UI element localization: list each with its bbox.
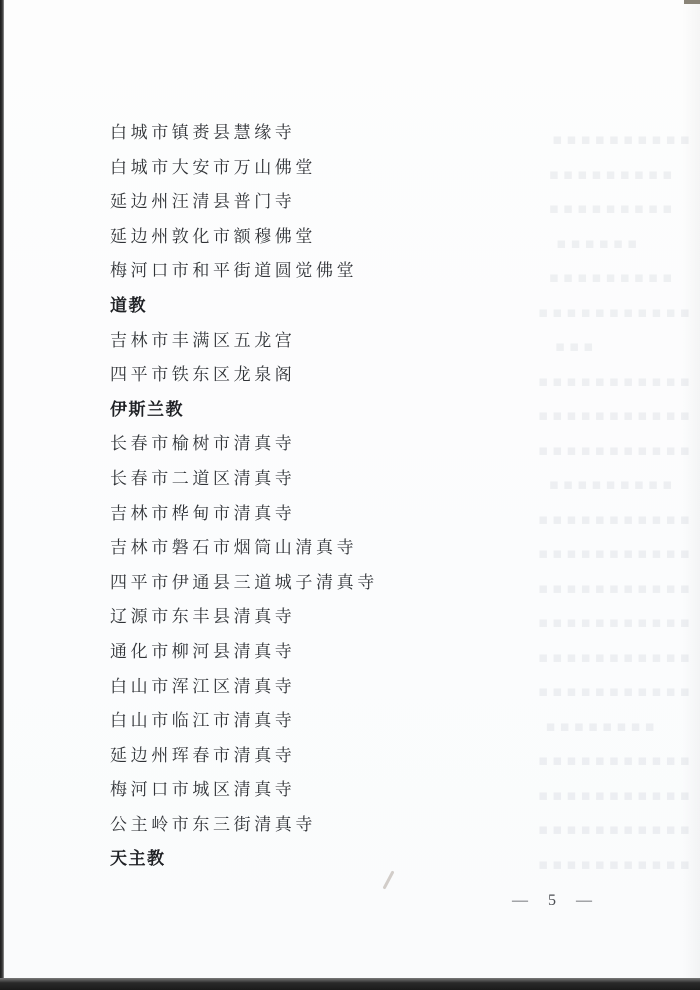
- section-heading-catholicism: 天主教: [110, 842, 590, 877]
- list-item: 四平市伊通县三道城子清真寺: [110, 566, 590, 601]
- list-item: 延边州敦化市额穆佛堂: [110, 220, 590, 255]
- scan-top-corner: [684, 0, 700, 4]
- scan-right-shadow: [682, 0, 700, 990]
- list-item: 延边州珲春市清真寺: [110, 739, 590, 774]
- list-item: 吉林市丰满区五龙宫: [110, 324, 590, 359]
- list-item: 长春市二道区清真寺: [110, 462, 590, 497]
- scanned-page: ▪▪▪▪▪▪▪▪▪▪ ▪▪▪▪▪▪▪▪▪ ▪▪▪▪▪▪▪▪▪ ▪▪▪▪▪▪ ▪▪…: [0, 0, 700, 990]
- list-item: 吉林市桦甸市清真寺: [110, 497, 590, 532]
- section-heading-taoism: 道教: [110, 289, 590, 324]
- page-number: — 5 —: [512, 892, 600, 910]
- list-item: 白城市镇赉县慧缘寺: [110, 116, 590, 151]
- list-item: 四平市铁东区龙泉阁: [110, 358, 590, 393]
- scan-bottom-edge: [0, 978, 700, 990]
- list-item: 延边州汪清县普门寺: [110, 185, 590, 220]
- list-item: 白城市大安市万山佛堂: [110, 151, 590, 186]
- list-item: 梅河口市和平街道圆觉佛堂: [110, 254, 590, 289]
- list-item: 吉林市磐石市烟筒山清真寺: [110, 531, 590, 566]
- list-item: 公主岭市东三街清真寺: [110, 808, 590, 843]
- list-item: 白山市浑江区清真寺: [110, 670, 590, 705]
- scan-left-edge: [0, 0, 4, 990]
- list-item: 梅河口市城区清真寺: [110, 773, 590, 808]
- list-item: 白山市临江市清真寺: [110, 704, 590, 739]
- section-heading-islam: 伊斯兰教: [110, 393, 590, 428]
- list-item: 通化市柳河县清真寺: [110, 635, 590, 670]
- list-item: 长春市榆树市清真寺: [110, 427, 590, 462]
- list-item: 辽源市东丰县清真寺: [110, 600, 590, 635]
- document-body: 白城市镇赉县慧缘寺 白城市大安市万山佛堂 延边州汪清县普门寺 延边州敦化市额穆佛…: [110, 116, 590, 877]
